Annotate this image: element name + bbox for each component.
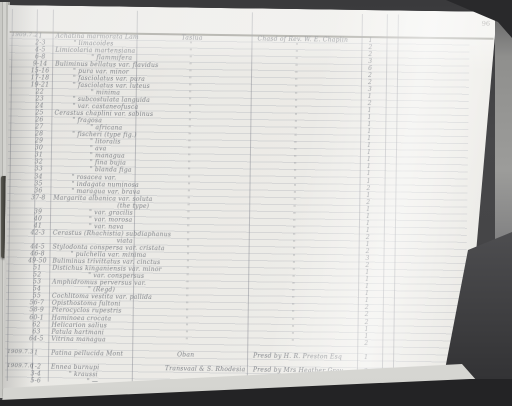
scanned-register-photo: 1909.7.21Achatina marmorata LamTasluaCha… bbox=[0, 0, 512, 406]
page-shine bbox=[3, 5, 500, 396]
register-page: 1909.7.21Achatina marmorata LamTasluaCha… bbox=[3, 5, 500, 396]
